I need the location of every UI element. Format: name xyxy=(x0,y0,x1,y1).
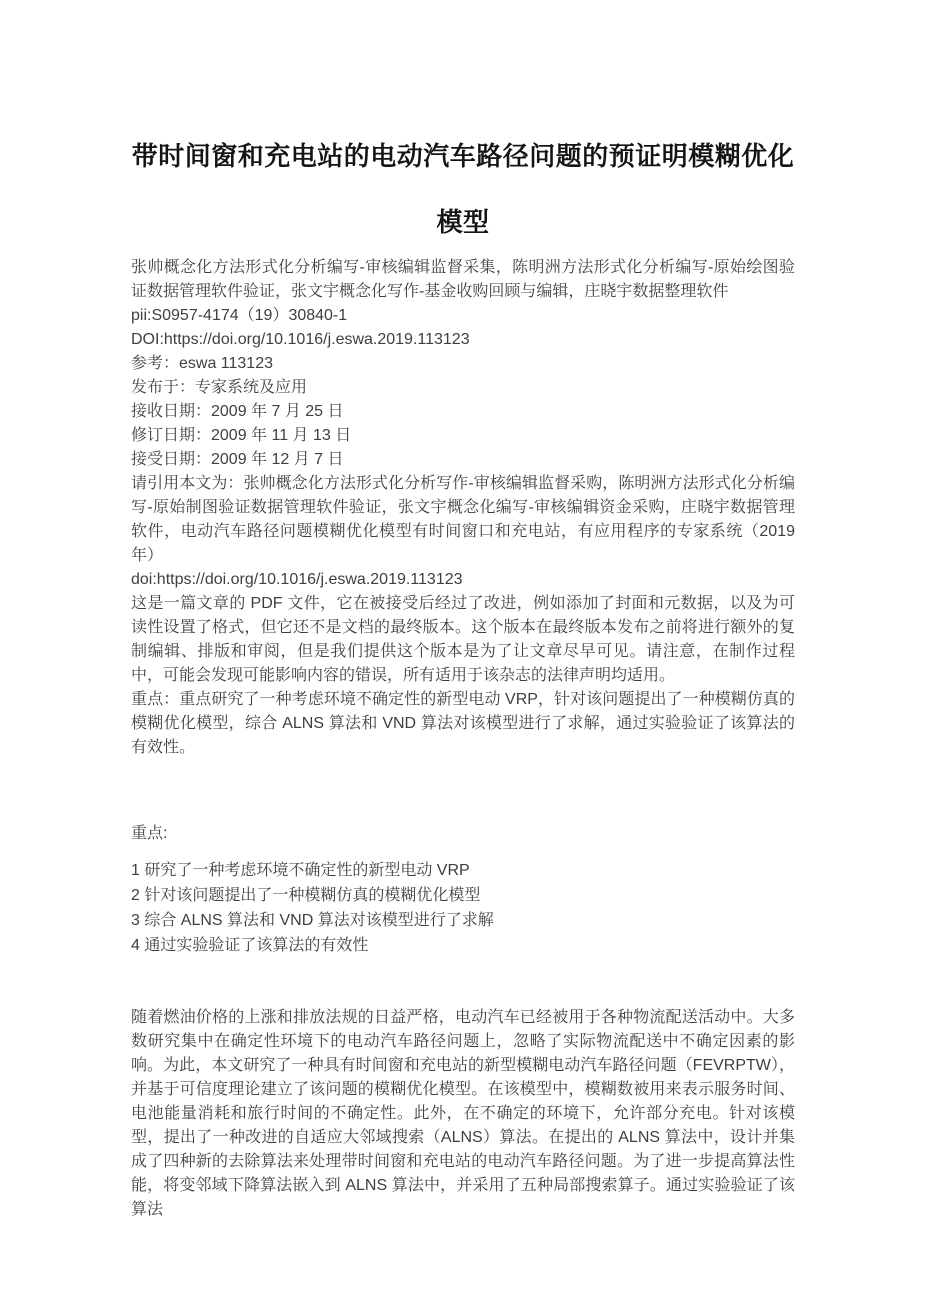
highlight-item-2: 2 针对该问题提出了一种模糊仿真的模糊优化模型 xyxy=(131,883,795,908)
reference-line: 参考：eswa 113123 xyxy=(131,352,795,376)
disclaimer-paragraph: 这是一篇文章的 PDF 文件，它在被接受后经过了改进，例如添加了封面和元数据，以… xyxy=(131,592,795,688)
highlights-list: 1 研究了一种考虑环境不确定性的新型电动 VRP 2 针对该问题提出了一种模糊仿… xyxy=(131,858,795,958)
revised-date-line: 修订日期：2009 年 11 月 13 日 xyxy=(131,424,795,448)
highlights-section: 重点: 1 研究了一种考虑环境不确定性的新型电动 VRP 2 针对该问题提出了一… xyxy=(131,822,795,958)
citation-paragraph: 请引用本文为：张帅概念化方法形式化分析写作-审核编辑监督采购，陈明洲方法形式化分… xyxy=(131,472,795,568)
page-content: 带时间窗和充电站的电动汽车路径问题的预证明模糊优化模型 张帅概念化方法形式化分析… xyxy=(131,0,795,1222)
accepted-date-line: 接受日期：2009 年 12 月 7 日 xyxy=(131,448,795,472)
highlight-item-1: 1 研究了一种考虑环境不确定性的新型电动 VRP xyxy=(131,858,795,883)
highlight-item-4: 4 通过实验验证了该算法的有效性 xyxy=(131,933,795,958)
highlights-summary-paragraph: 重点：重点研究了一种考虑环境不确定性的新型电动 VRP，针对该问题提出了一种模糊… xyxy=(131,688,795,760)
metadata-block: 张帅概念化方法形式化分析编写-审核编辑监督采集，陈明洲方法形式化分析编写-原始绘… xyxy=(131,256,795,760)
author-contributions: 张帅概念化方法形式化分析编写-审核编辑监督采集，陈明洲方法形式化分析编写-原始绘… xyxy=(131,256,795,304)
highlight-item-3: 3 综合 ALNS 算法和 VND 算法对该模型进行了求解 xyxy=(131,908,795,933)
paper-title: 带时间窗和充电站的电动汽车路径问题的预证明模糊优化模型 xyxy=(131,124,795,256)
abstract-paragraph: 随着燃油价格的上涨和排放法规的日益严格，电动汽车已经被用于各种物流配送活动中。大… xyxy=(131,1006,795,1222)
received-date-line: 接收日期：2009 年 7 月 25 日 xyxy=(131,400,795,424)
pdf-page: 带时间窗和充电站的电动汽车路径问题的预证明模糊优化模型 张帅概念化方法形式化分析… xyxy=(0,0,926,1309)
doi-line: DOI:https://doi.org/10.1016/j.eswa.2019.… xyxy=(131,328,795,352)
pii-line: pii:S0957-4174（19）30840-1 xyxy=(131,304,795,328)
citation-doi-line: doi:https://doi.org/10.1016/j.eswa.2019.… xyxy=(131,568,795,592)
published-in-line: 发布于：专家系统及应用 xyxy=(131,376,795,400)
highlights-heading: 重点: xyxy=(131,822,795,846)
